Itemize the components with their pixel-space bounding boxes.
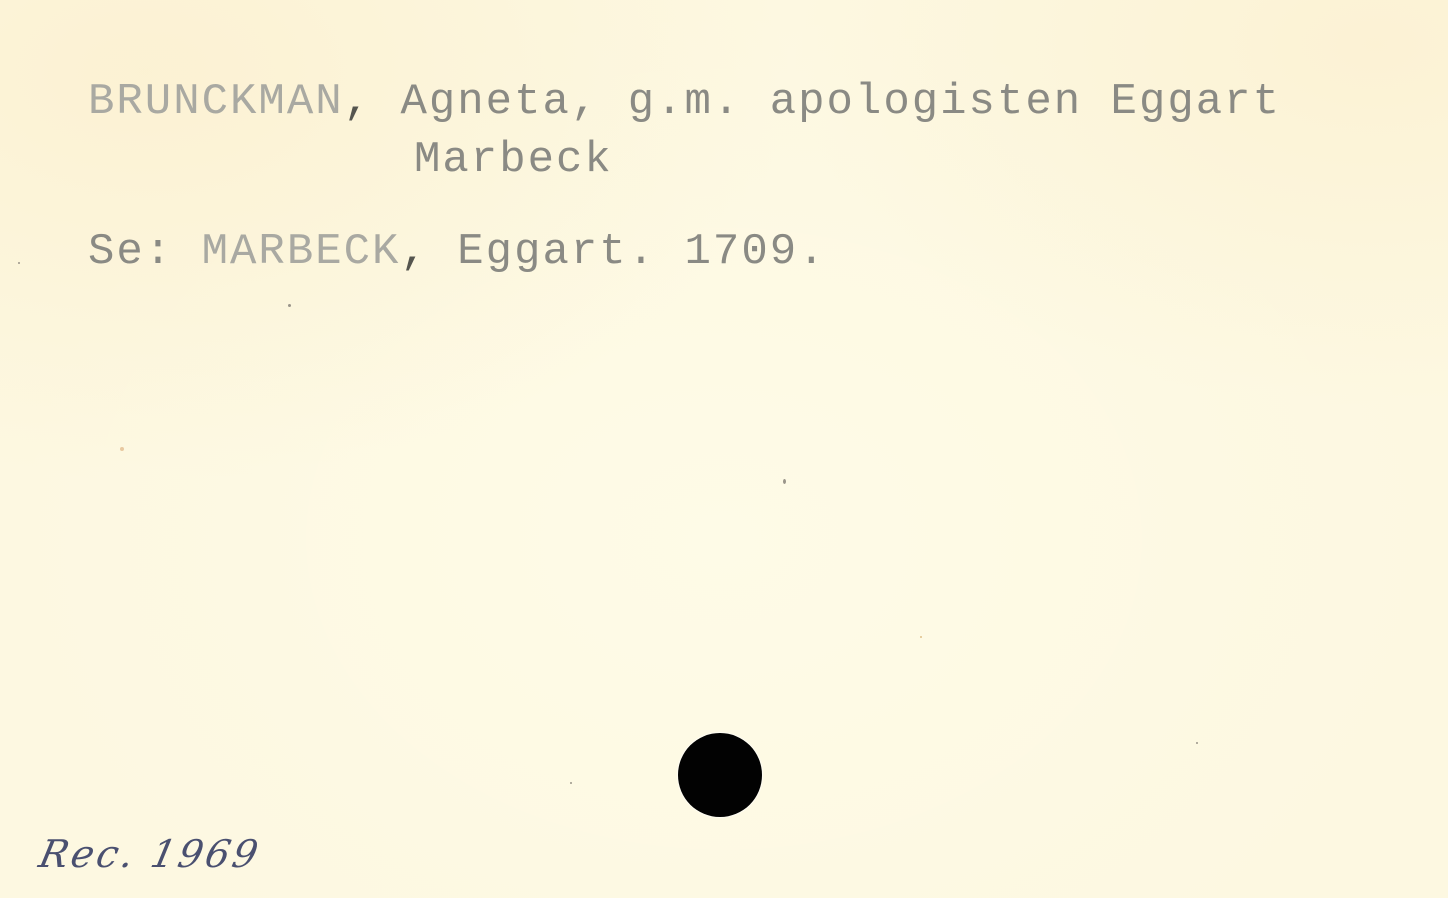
see-comma: ,	[400, 227, 428, 277]
speck	[920, 636, 922, 638]
speck	[18, 262, 20, 264]
speck	[288, 304, 291, 307]
heading-continuation: Marbeck	[414, 138, 613, 182]
speck	[570, 782, 572, 784]
heading-rest: Agneta, g.m. apologisten Eggart	[400, 77, 1281, 127]
see-reference-line: Se: MARBECK, Eggart. 1709.	[88, 230, 827, 274]
speck	[783, 479, 786, 484]
see-label: Se:	[88, 227, 173, 277]
heading-comma: ,	[344, 77, 372, 127]
punch-hole	[678, 733, 762, 817]
speck	[1196, 742, 1198, 744]
speck	[120, 447, 124, 451]
see-surname: MARBECK	[202, 227, 401, 277]
see-rest: Eggart. 1709.	[457, 227, 826, 277]
card-heading-line: BRUNCKMAN, Agneta, g.m. apologisten Egga…	[88, 80, 1281, 124]
heading-surname: BRUNCKMAN	[88, 77, 344, 127]
handwritten-note: Rec. 1969	[35, 832, 265, 876]
index-card: BRUNCKMAN, Agneta, g.m. apologisten Egga…	[0, 0, 1448, 898]
